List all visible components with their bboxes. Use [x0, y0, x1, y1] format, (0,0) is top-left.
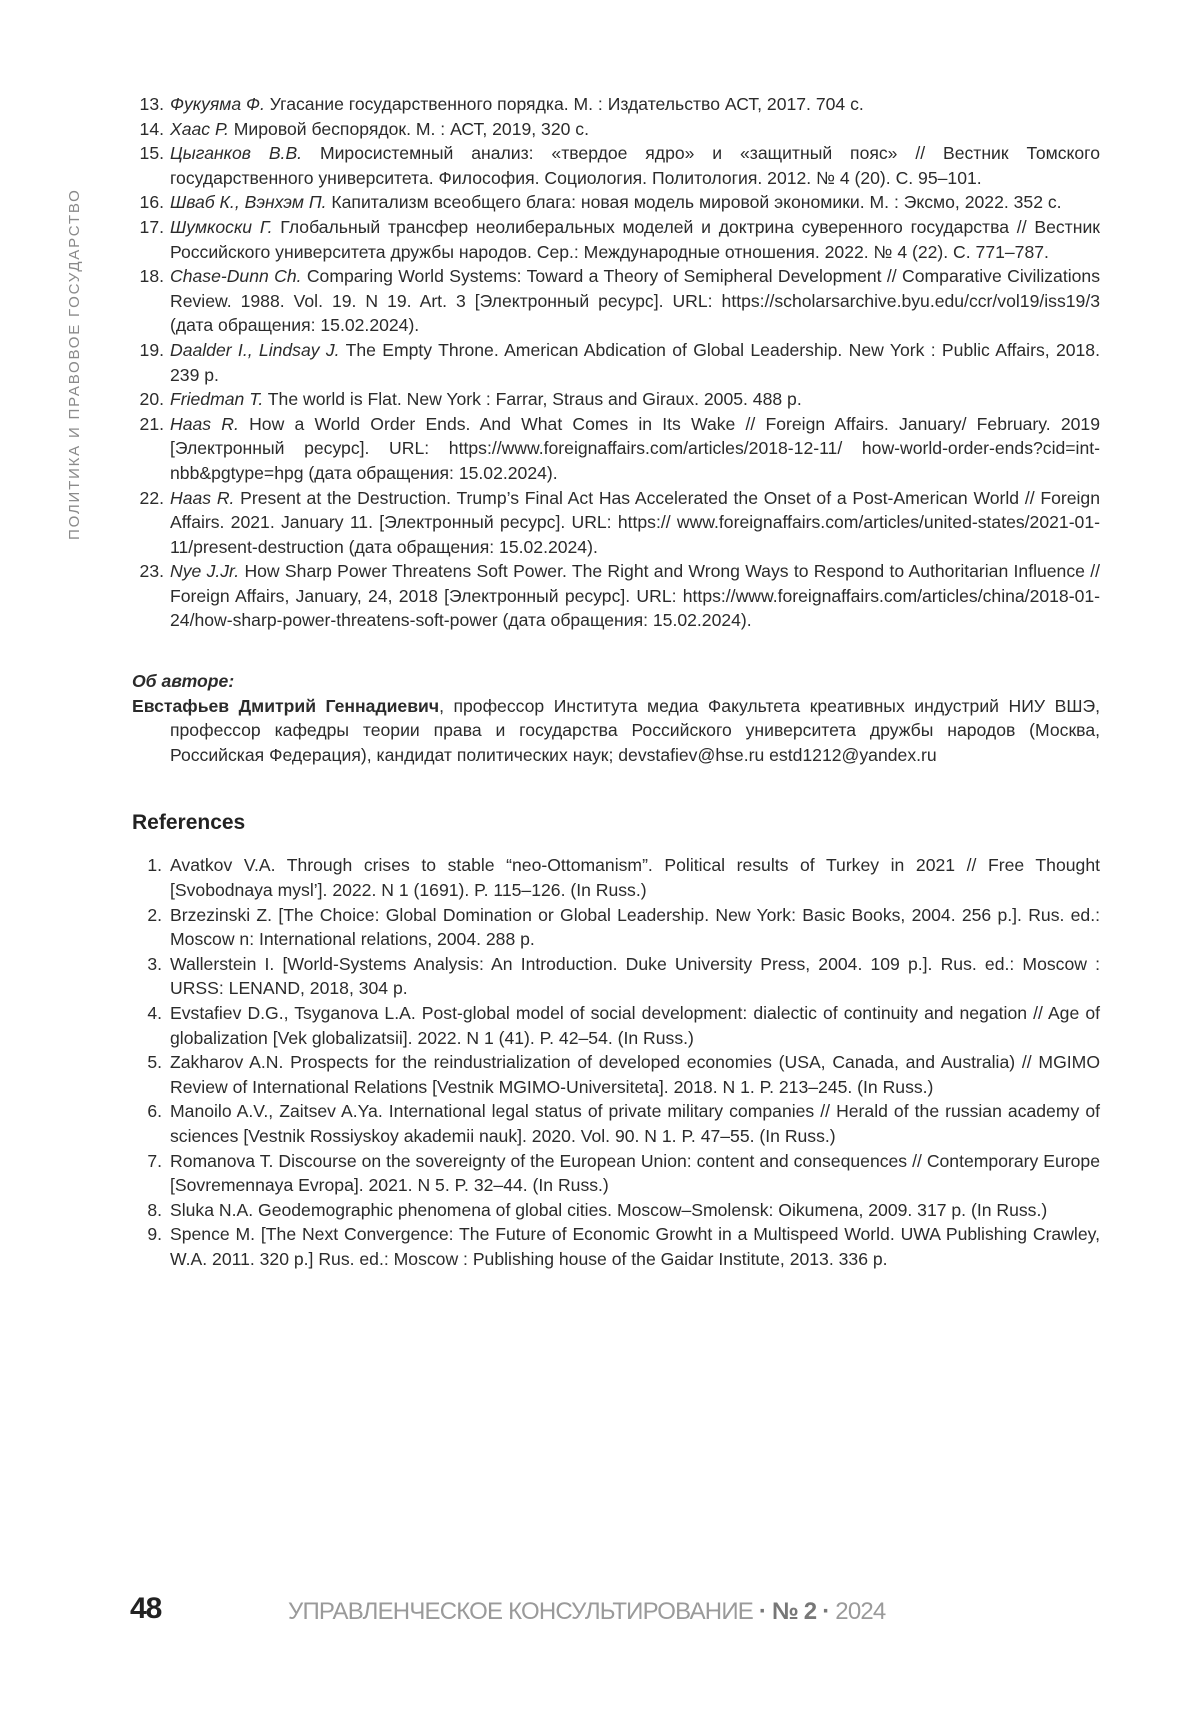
reference-number: 16. — [132, 190, 164, 215]
reference-item: 6.Manoilo A.V., Zaitsev A.Ya. Internatio… — [132, 1099, 1100, 1148]
reference-text: Zakharov A.N. Prospects for the reindust… — [170, 1052, 1100, 1097]
reference-number: 9. — [132, 1222, 162, 1247]
reference-number: 20. — [132, 387, 164, 412]
reference-text: How Sharp Power Threatens Soft Power. Th… — [170, 561, 1100, 630]
reference-text: Угасание государственного порядка. М. : … — [265, 94, 864, 114]
reference-number: 1. — [132, 853, 162, 878]
page-footer: 48 УПРАВЛЕНЧЕСКОЕ КОНСУЛЬТИРОВАНИЕ · № 2… — [130, 1592, 1090, 1632]
reference-item: 3.Wallerstein I. [World-Systems Analysis… — [132, 952, 1100, 1001]
reference-item: 16.Шваб К., Вэнхэм П. Капитализм всеобще… — [132, 190, 1100, 215]
reference-item: 5.Zakharov A.N. Prospects for the reindu… — [132, 1050, 1100, 1099]
reference-text: Comparing World Systems: Toward a Theory… — [170, 266, 1100, 335]
reference-author: Хаас Р. — [170, 119, 229, 139]
reference-item: 13.Фукуяма Ф. Угасание государственного … — [132, 92, 1100, 117]
reference-text: Sluka N.A. Geodemographic phenomena of g… — [170, 1200, 1047, 1220]
reference-number: 17. — [132, 215, 164, 240]
reference-text: Romanova T. Discourse on the sovereignty… — [170, 1151, 1100, 1196]
reference-author: Daalder I., Lindsay J. — [170, 340, 340, 360]
reference-text: How a World Order Ends. And What Comes i… — [170, 414, 1100, 483]
reference-author: Шваб К., Вэнхэм П. — [170, 192, 327, 212]
reference-text: Капитализм всеобщего блага: новая модель… — [327, 192, 1062, 212]
russian-reference-list: 13.Фукуяма Ф. Угасание государственного … — [132, 92, 1100, 633]
reference-author: Nye J.Jr. — [170, 561, 239, 581]
page-number: 48 — [130, 1592, 161, 1626]
reference-number: 6. — [132, 1099, 162, 1124]
reference-item: 19.Daalder I., Lindsay J. The Empty Thro… — [132, 338, 1100, 387]
reference-number: 23. — [132, 559, 164, 584]
author-name: Евстафьев Дмитрий Геннадиевич — [132, 696, 439, 716]
reference-text: Spence M. [The Next Convergence: The Fut… — [170, 1224, 1100, 1269]
section-running-header: ПОЛИТИКА И ПРАВОВОЕ ГОСУДАРСТВО — [66, 100, 86, 540]
separator-dot: · — [759, 1598, 766, 1625]
about-author-text: Евстафьев Дмитрий Геннадиевич, профессор… — [132, 694, 1100, 768]
reference-item: 8.Sluka N.A. Geodemographic phenomena of… — [132, 1198, 1100, 1223]
reference-text: Глобальный трансфер неолиберальных модел… — [170, 217, 1100, 262]
reference-text: Wallerstein I. [World-Systems Analysis: … — [170, 954, 1100, 999]
reference-item: 14.Хаас Р. Мировой беспорядок. М. : АСТ,… — [132, 117, 1100, 142]
english-reference-list: 1.Avatkov V.A. Through crises to stable … — [132, 853, 1100, 1271]
reference-text: Manoilo A.V., Zaitsev A.Ya. Internationa… — [170, 1101, 1100, 1146]
journal-title: УПРАВЛЕНЧЕСКОЕ КОНСУЛЬТИРОВАНИЕ · № 2 · … — [288, 1598, 885, 1626]
issue-number: № 2 — [772, 1598, 816, 1625]
reference-author: Haas R. — [170, 488, 234, 508]
reference-number: 19. — [132, 338, 164, 363]
reference-text: Мировой беспорядок. М. : АСТ, 2019, 320 … — [229, 119, 589, 139]
reference-item: 22.Haas R. Present at the Destruction. T… — [132, 486, 1100, 560]
page-content: 13.Фукуяма Ф. Угасание государственного … — [132, 92, 1100, 1272]
reference-author: Friedman T. — [170, 389, 263, 409]
reference-number: 15. — [132, 141, 164, 166]
reference-number: 21. — [132, 412, 164, 437]
reference-item: 9.Spence M. [The Next Convergence: The F… — [132, 1222, 1100, 1271]
reference-text: The world is Flat. New York : Farrar, St… — [263, 389, 802, 409]
reference-number: 14. — [132, 117, 164, 142]
reference-author: Chase-Dunn Ch. — [170, 266, 302, 286]
references-heading: References — [132, 811, 1100, 835]
reference-item: 7.Romanova T. Discourse on the sovereign… — [132, 1149, 1100, 1198]
reference-author: Haas R. — [170, 414, 239, 434]
about-author-title: Об авторе: — [132, 669, 1100, 694]
reference-item: 1.Avatkov V.A. Through crises to stable … — [132, 853, 1100, 902]
separator-dot: · — [822, 1598, 829, 1625]
reference-text: Avatkov V.A. Through crises to stable “n… — [170, 855, 1100, 900]
reference-item: 2.Brzezinski Z. [The Choice: Global Domi… — [132, 903, 1100, 952]
reference-author: Цыганков В.В. — [170, 143, 302, 163]
reference-number: 7. — [132, 1149, 162, 1174]
reference-number: 18. — [132, 264, 164, 289]
reference-number: 22. — [132, 486, 164, 511]
reference-item: 20.Friedman T. The world is Flat. New Yo… — [132, 387, 1100, 412]
reference-item: 15.Цыганков В.В. Миросистемный анализ: «… — [132, 141, 1100, 190]
reference-number: 4. — [132, 1001, 162, 1026]
reference-item: 23.Nye J.Jr. How Sharp Power Threatens S… — [132, 559, 1100, 633]
reference-number: 13. — [132, 92, 164, 117]
reference-item: 18.Chase-Dunn Ch. Comparing World System… — [132, 264, 1100, 338]
reference-number: 2. — [132, 903, 162, 928]
reference-author: Шумкоски Г. — [170, 217, 273, 237]
reference-text: Brzezinski Z. [The Choice: Global Domina… — [170, 905, 1100, 950]
reference-number: 3. — [132, 952, 162, 977]
reference-number: 5. — [132, 1050, 162, 1075]
section-title: ПОЛИТИКА И ПРАВОВОЕ ГОСУДАРСТВО — [66, 100, 83, 540]
reference-text: Present at the Destruction. Trump’s Fina… — [170, 488, 1100, 557]
reference-text: Миросистемный анализ: «твердое ядро» и «… — [170, 143, 1100, 188]
reference-item: 17.Шумкоски Г. Глобальный трансфер неоли… — [132, 215, 1100, 264]
reference-author: Фукуяма Ф. — [170, 94, 265, 114]
issue-year: 2024 — [835, 1598, 885, 1625]
reference-text: Evstafiev D.G., Tsyganova L.A. Post-glob… — [170, 1003, 1100, 1048]
reference-item: 21.Haas R. How a World Order Ends. And W… — [132, 412, 1100, 486]
journal-name: УПРАВЛЕНЧЕСКОЕ КОНСУЛЬТИРОВАНИЕ — [288, 1598, 753, 1625]
reference-item: 4.Evstafiev D.G., Tsyganova L.A. Post-gl… — [132, 1001, 1100, 1050]
about-author: Об авторе: Евстафьев Дмитрий Геннадиевич… — [132, 669, 1100, 767]
reference-number: 8. — [132, 1198, 162, 1223]
